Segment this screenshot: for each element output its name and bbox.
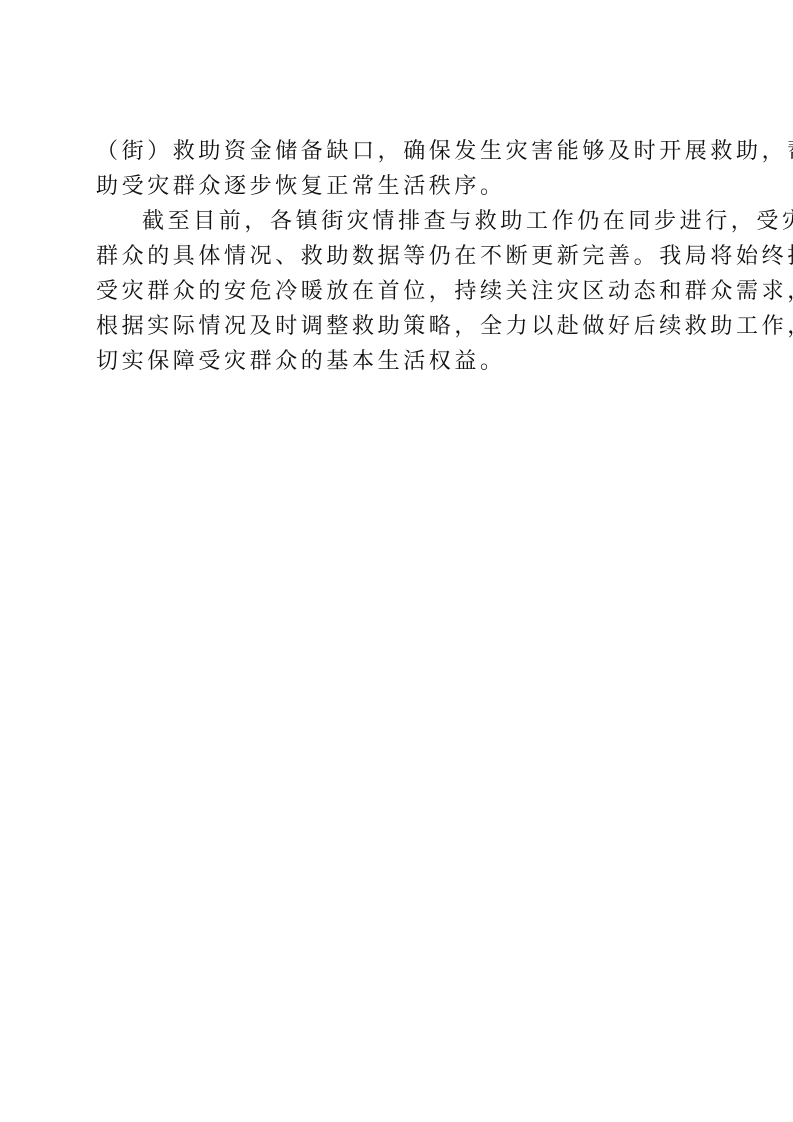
text-line: 受灾群众的安危冷暖放在首位，持续关注灾区动态和群众需求， — [96, 274, 700, 309]
paragraph-relief-funds: （街）救助资金储备缺口，确保发生灾害能够及时开展救助，帮 助受灾群众逐步恢复正常… — [96, 134, 700, 204]
text-line: 截至目前，各镇街灾情排查与救助工作仍在同步进行，受灾 — [96, 204, 700, 239]
document-page: （街）救助资金储备缺口，确保发生灾害能够及时开展救助，帮 助受灾群众逐步恢复正常… — [96, 134, 700, 379]
text-line: 根据实际情况及时调整救助策略，全力以赴做好后续救助工作， — [96, 309, 700, 344]
text-line: 群众的具体情况、救助数据等仍在不断更新完善。我局将始终把 — [96, 239, 700, 274]
text-line: 切实保障受灾群众的基本生活权益。 — [96, 344, 700, 379]
text-line: （街）救助资金储备缺口，确保发生灾害能够及时开展救助，帮 — [96, 134, 700, 169]
paragraph-current-status: 截至目前，各镇街灾情排查与救助工作仍在同步进行，受灾 群众的具体情况、救助数据等… — [96, 204, 700, 379]
text-line: 助受灾群众逐步恢复正常生活秩序。 — [96, 169, 700, 204]
